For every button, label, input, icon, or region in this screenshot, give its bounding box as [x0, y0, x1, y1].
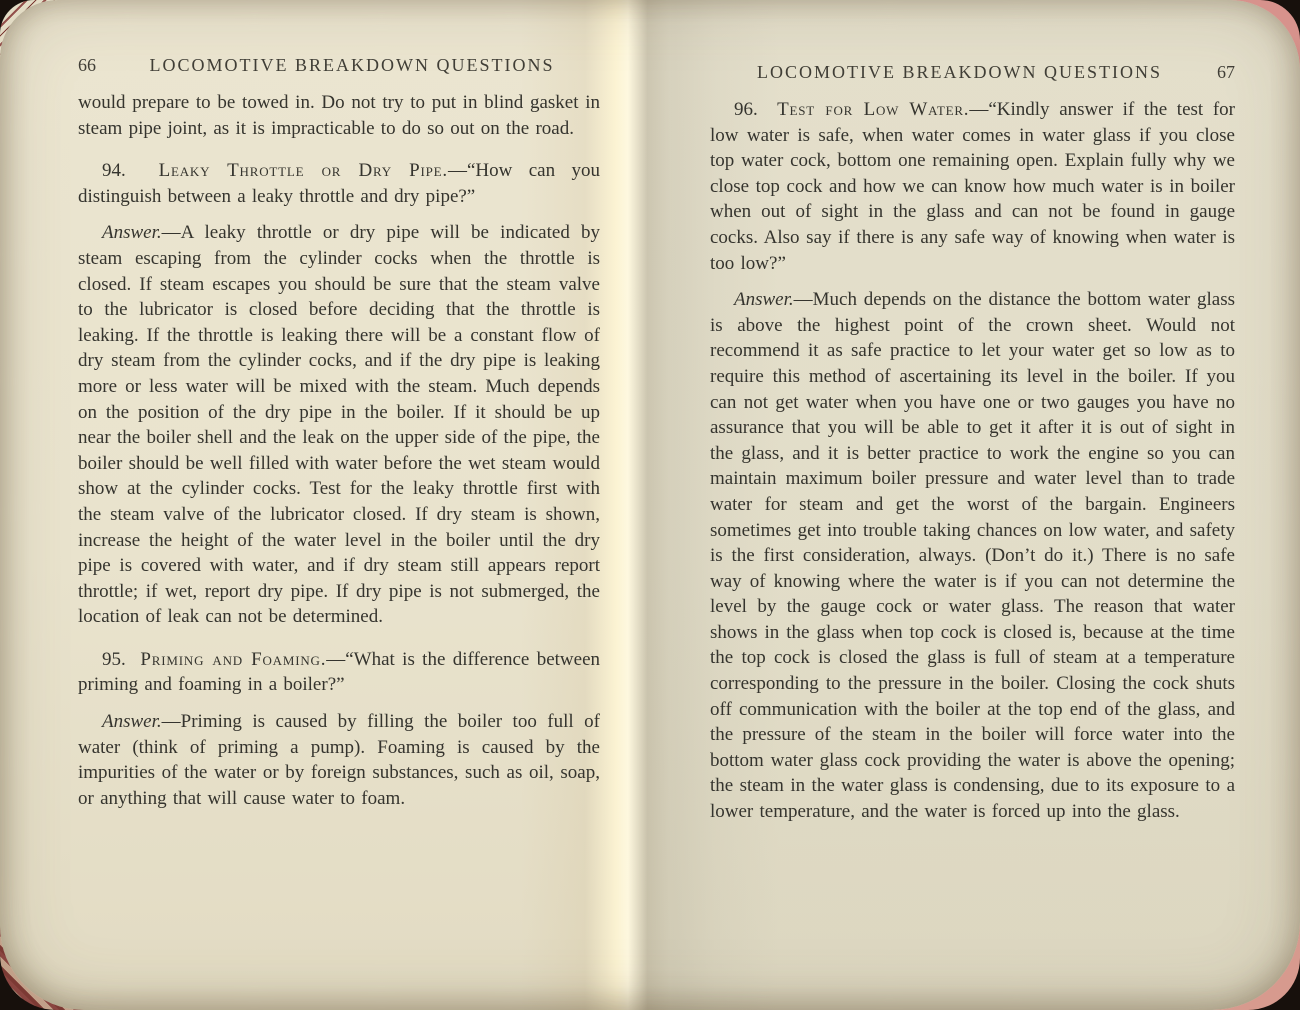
question-94: 94. Leaky Throttle or Dry Pipe.—“How can…	[78, 158, 600, 209]
answer-96-text: —Much depends on the distance the bottom…	[710, 289, 1235, 822]
answer-96-lead: Answer.	[734, 289, 794, 310]
answer-95-lead: Answer.	[102, 711, 162, 732]
left-intro-text: would prepare to be towed in. Do not try…	[78, 92, 600, 139]
left-page: 66 LOCOMOTIVE BREAKDOWN QUESTIONS would …	[78, 55, 600, 811]
question-95-title: Priming and Foaming.	[140, 649, 326, 670]
answer-94-lead: Answer.	[102, 222, 162, 243]
right-page: LOCOMOTIVE BREAKDOWN QUESTIONS 67 96. Te…	[710, 62, 1235, 825]
question-96-quote: —“Kindly answer if the test for low wate…	[710, 99, 1235, 274]
left-page-header: 66 LOCOMOTIVE BREAKDOWN QUESTIONS	[78, 55, 600, 76]
right-running-title: LOCOMOTIVE BREAKDOWN QUESTIONS	[710, 62, 1209, 83]
question-96-number: 96.	[734, 99, 758, 120]
answer-96: Answer.—Much depends on the distance the…	[710, 287, 1235, 824]
right-page-number: 67	[1217, 62, 1235, 83]
question-96-title: Test for Low Water.	[777, 99, 969, 120]
answer-94-text: —A leaky throttle or dry pipe will be in…	[78, 222, 600, 627]
answer-94: Answer.—A leaky throttle or dry pipe wil…	[78, 220, 600, 630]
right-page-header: LOCOMOTIVE BREAKDOWN QUESTIONS 67	[710, 62, 1235, 83]
left-intro-paragraph: would prepare to be towed in. Do not try…	[78, 90, 600, 141]
question-94-number: 94.	[102, 160, 126, 181]
question-95-number: 95.	[102, 649, 126, 670]
question-96: 96. Test for Low Water.—“Kindly answer i…	[710, 97, 1235, 276]
question-94-title: Leaky Throttle or Dry Pipe.	[159, 160, 448, 181]
left-running-title: LOCOMOTIVE BREAKDOWN QUESTIONS	[104, 55, 600, 76]
answer-95: Answer.—Priming is caused by filling the…	[78, 709, 600, 811]
left-page-number: 66	[78, 55, 96, 76]
question-95: 95. Priming and Foaming.—“What is the di…	[78, 647, 600, 698]
